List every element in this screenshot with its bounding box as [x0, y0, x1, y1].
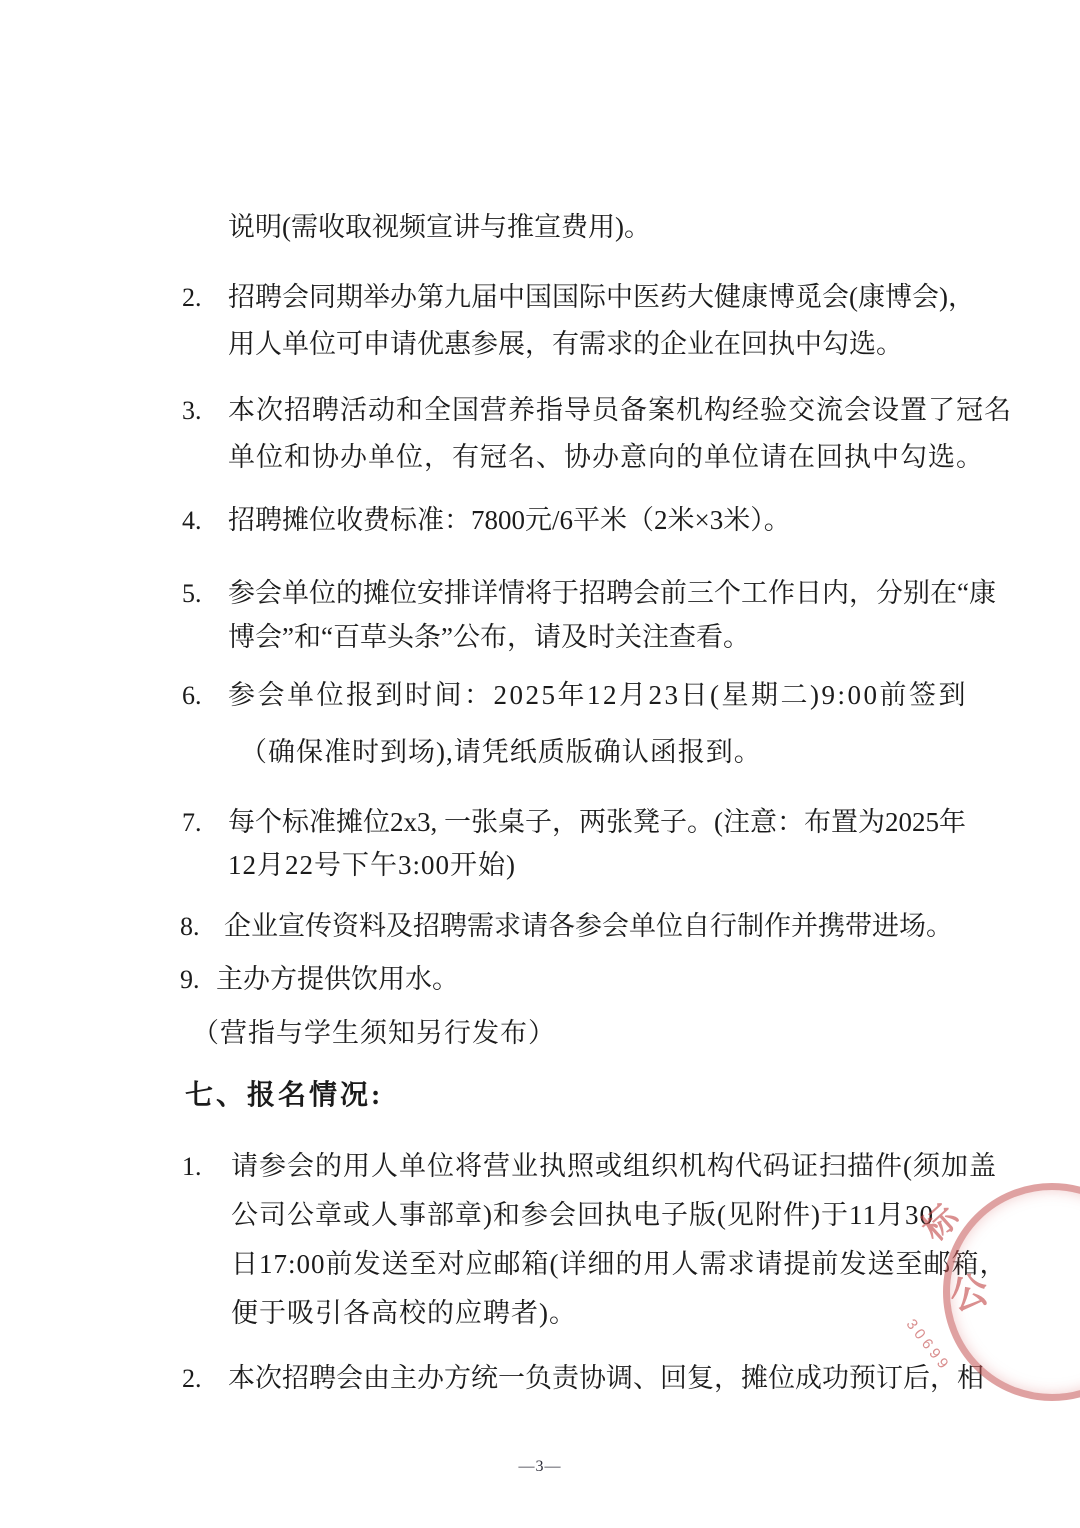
item-number: 5.: [182, 578, 202, 611]
item-number: 1.: [182, 1151, 202, 1184]
item-number: 6.: [182, 680, 202, 713]
item-number: 9.: [180, 964, 200, 997]
aside-note: （营指与学生须知另行发布）: [192, 1017, 556, 1051]
item-line: 日17:00前发送至对应邮箱(详细的用人需求请提前发送至邮箱，: [231, 1248, 1008, 1282]
item-line: 单位和协办单位，有冠名、协办意向的单位请在回执中勾选。: [228, 441, 984, 475]
item-number: 3.: [182, 395, 202, 428]
item-line: （确保准时到场),请凭纸质版确认函报到。: [240, 736, 762, 770]
item-number: 4.: [182, 505, 202, 538]
item-line: 企业宣传资料及招聘需求请各参会单位自行制作并携带进场。: [224, 910, 953, 944]
section-heading-number: 七、: [185, 1078, 247, 1113]
item-line: 参会单位的摊位安排详情将于招聘会前三个工作日内，分别在“康: [228, 577, 996, 611]
item-number: 2.: [182, 1363, 202, 1396]
item-line: 12月22号下午3:00开始): [228, 849, 516, 883]
item-line: 本次招聘活动和全国营养指导员备案机构经验交流会设置了冠名: [228, 394, 1012, 428]
item-number: 7.: [182, 807, 202, 840]
item-line: 请参会的用人单位将营业执照或组织机构代码证扫描件(须加盖: [231, 1150, 997, 1184]
item-line: 本次招聘会由主办方统一负责协调、回复，摊位成功预订后，相: [228, 1362, 984, 1396]
item-number: 8.: [180, 911, 200, 944]
item-line: 主办方提供饮用水。: [216, 963, 459, 997]
continuation-line: 说明(需收取视频宣讲与推宣费用)。: [228, 211, 651, 245]
item-line: 每个标准摊位2x3, 一张桌子，两张凳子。(注意：布置为2025年: [228, 806, 966, 840]
item-line: 招聘会同期举办第九届中国国际中医药大健康博觅会(康博会)，: [228, 281, 975, 315]
item-number: 2.: [182, 282, 202, 315]
item-line: 招聘摊位收费标准：7800元/6平米（2米×3米）。: [228, 504, 791, 538]
item-line: 博会”和“百草头条”公布，请及时关注查看。: [228, 621, 750, 655]
document-page: 说明(需收取视频宣讲与推宣费用)。 2. 招聘会同期举办第九届中国国际中医药大健…: [0, 0, 1080, 1528]
item-line: 便于吸引各高校的应聘者)。: [231, 1297, 577, 1331]
page-number: —3—: [0, 1458, 1080, 1476]
item-line: 用人单位可申请优惠参展，有需求的企业在回执中勾选。: [228, 328, 903, 362]
section-heading-title: 报名情况:: [247, 1078, 383, 1113]
item-line: 公司公章或人事部章)和参会回执电子版(见附件)于11月30: [231, 1199, 934, 1233]
item-line: 参会单位报到时间：2025年12月23日(星期二)9:00前签到: [228, 679, 968, 713]
